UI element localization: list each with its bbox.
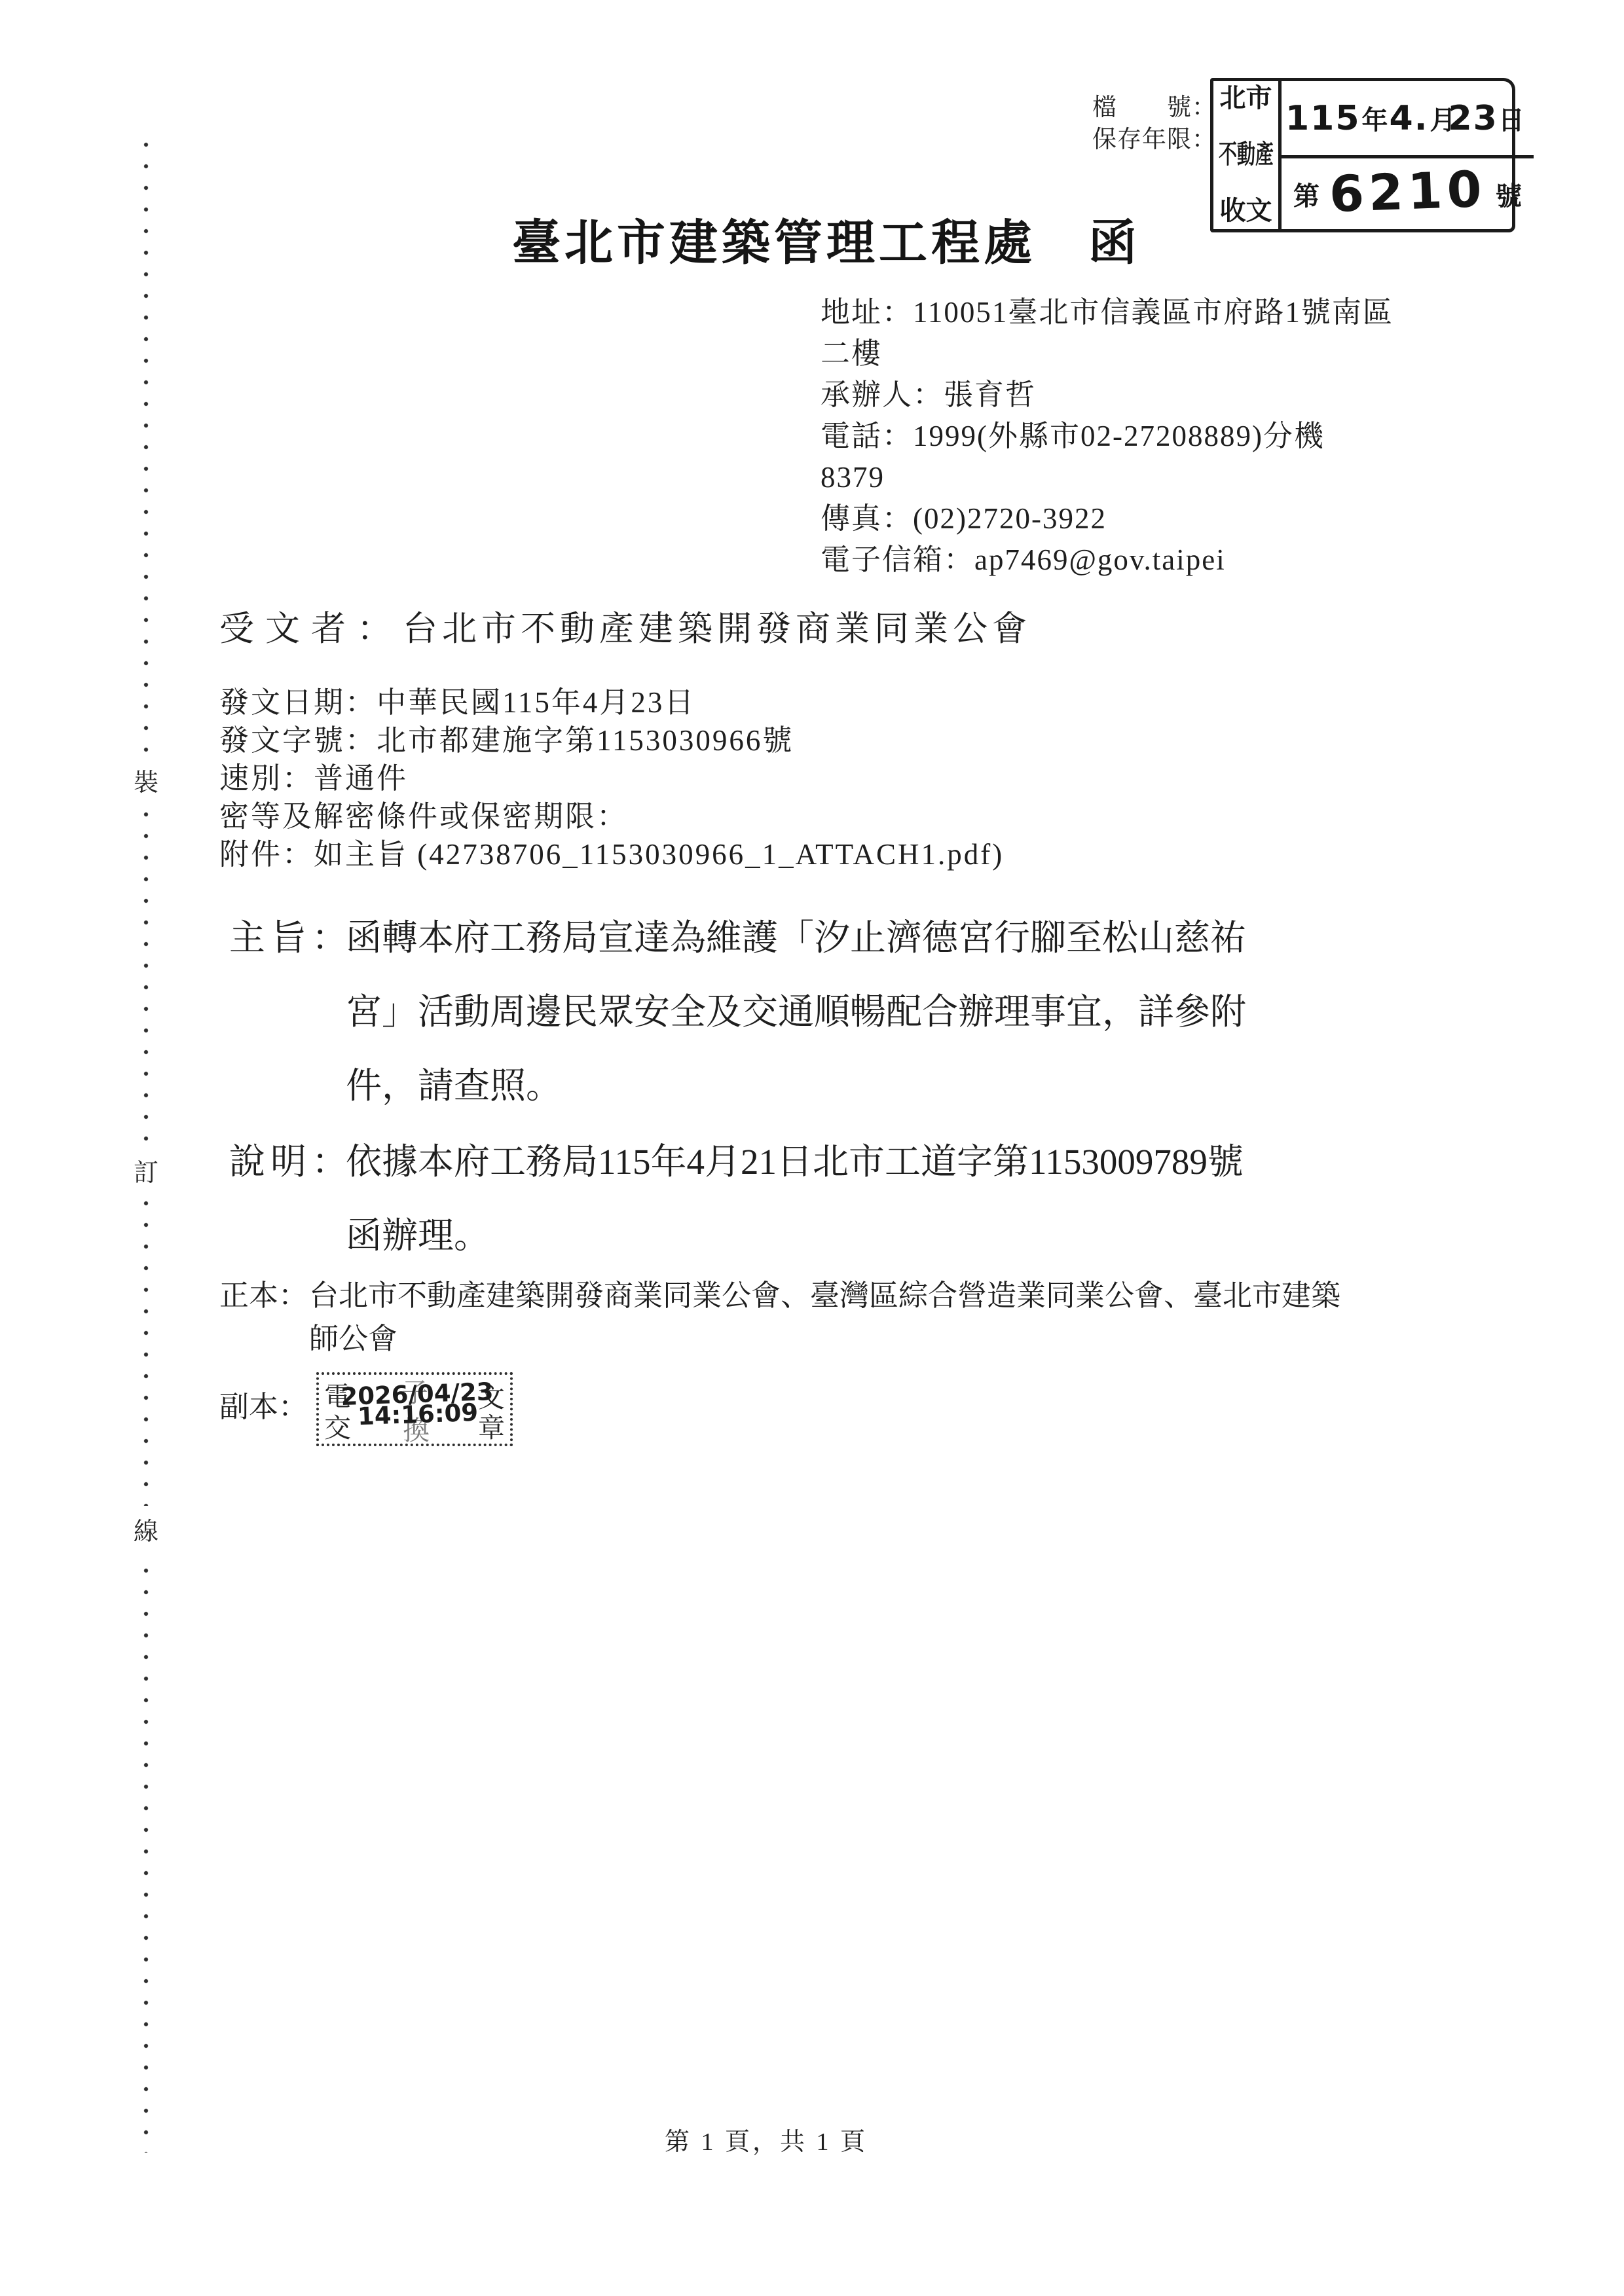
sender-info: 地址：110051臺北市信義區市府路1號南區 二樓 承辦人：張育哲 電話：199… bbox=[821, 292, 1393, 581]
explanation-line-1: 依據本府工務局115年4月21日北市工道字第1153009789號 bbox=[346, 1125, 1244, 1199]
sender-contact-person: 承辦人：張育哲 bbox=[821, 374, 1393, 416]
binding-mark-xian: 線 bbox=[129, 1506, 163, 1552]
receipt-date-year-label: 年 bbox=[1362, 100, 1388, 137]
page-number-indicator: 第 1 頁，共 1 頁 bbox=[599, 2121, 933, 2157]
sender-address-line: 地址：110051臺北市信義區市府路1號南區 bbox=[821, 292, 1393, 333]
binding-mark-ding: 訂 bbox=[129, 1147, 163, 1194]
receipt-number-suffix: 號 bbox=[1496, 175, 1522, 213]
receipt-date-day-label: 日 bbox=[1498, 100, 1524, 137]
issue-date-line: 發文日期：中華民國115年4月23日 bbox=[219, 683, 1004, 721]
receipt-stamp-org-line2: 不動產 bbox=[1219, 140, 1274, 169]
cc-copy-row: 副本： bbox=[219, 1383, 308, 1425]
sender-phone-ext: 8379 bbox=[821, 457, 1393, 498]
retention-period-label: 保存年限： bbox=[1092, 124, 1217, 156]
original-copy-line-1: 台北市不動產建築開發商業同業公會、臺灣區綜合營造業同業公會、臺北市建築 bbox=[309, 1274, 1340, 1317]
receipt-stamp-org-line3: 收文 bbox=[1220, 196, 1272, 225]
receipt-stamp-number-row: 第 6210 號 bbox=[1282, 158, 1534, 229]
sender-fax: 傳真：(02)2720-3922 bbox=[821, 498, 1393, 539]
document-meta: 發文日期：中華民國115年4月23日 發文字號：北市都建施字第115303096… bbox=[219, 683, 1004, 873]
explanation-line-2: 函辦理。 bbox=[346, 1199, 1244, 1273]
classification-line: 密等及解密條件或保密期限： bbox=[219, 797, 1004, 835]
subject-block: 主旨： 函轉本府工務局宣達為維護「汐止濟德宮行腳至松山慈祐 宮」活動周邊民眾安全… bbox=[229, 901, 1246, 1123]
original-copy-line-2: 師公會 bbox=[309, 1317, 1340, 1360]
recipient-label: 受文者： bbox=[219, 610, 403, 648]
receipt-stamp-org: 北市 不動產 收文 bbox=[1213, 81, 1282, 229]
subject-line-1: 函轉本府工務局宣達為維護「汐止濟德宮行腳至松山慈祐 bbox=[346, 901, 1246, 975]
page-title: 臺北市建築管理工程處 函 bbox=[512, 204, 1141, 274]
priority-line: 速別：普通件 bbox=[219, 759, 1004, 797]
sender-email: 電子信箱：ap7469@gov.taipei bbox=[821, 539, 1393, 581]
recipient-value: 台北市不動產建築開發商業同業公會 bbox=[403, 610, 1031, 648]
explanation-label: 說明： bbox=[229, 1125, 346, 1273]
exchange-stamp-datetime: 2026/04/23 14:16:09 bbox=[341, 1381, 494, 1427]
cc-copy-label: 副本： bbox=[219, 1391, 308, 1423]
archive-labels: 檔 號： 保存年限： bbox=[1092, 92, 1217, 156]
sender-address-line2: 二樓 bbox=[821, 333, 1393, 374]
binding-mark-zhuang: 裝 bbox=[129, 757, 163, 803]
receipt-date-year: 115 bbox=[1285, 99, 1361, 138]
recipient-line: 受文者：台北市不動產建築開發商業同業公會 bbox=[219, 601, 1031, 651]
archive-number-label: 檔 號： bbox=[1092, 92, 1217, 124]
receipt-date-month: 4. bbox=[1390, 99, 1429, 138]
explanation-block: 說明： 依據本府工務局115年4月21日北市工道字第1153009789號 函辦… bbox=[229, 1125, 1244, 1273]
attachment-line: 附件：如主旨 (42738706_1153030966_1_ATTACH1.pd… bbox=[219, 835, 1004, 873]
subject-line-3: 件，請查照。 bbox=[346, 1049, 1246, 1123]
copies-block: 正本： 台北市不動產建築開發商業同業公會、臺灣區綜合營造業同業公會、臺北市建築 … bbox=[219, 1274, 1340, 1360]
electronic-exchange-stamp: 電 子 文 交 換 章 2026/04/23 14:16:09 bbox=[316, 1372, 513, 1446]
original-copy-label: 正本： bbox=[219, 1274, 309, 1360]
document-number-line: 發文字號：北市都建施字第1153030966號 bbox=[219, 721, 1004, 759]
sender-phone-line: 電話：1999(外縣市02-27208889)分機 bbox=[821, 416, 1393, 457]
receipt-stamp-date: 115 年 4. 月 23 日 bbox=[1282, 81, 1534, 158]
subject-label: 主旨： bbox=[229, 901, 346, 1123]
receipt-number-handwritten: 6210 bbox=[1328, 159, 1486, 223]
receipt-stamp-org-line1: 北市 bbox=[1220, 84, 1272, 113]
scanned-letter-page: 裝 訂 線 檔 號： 保存年限： 北市 不動產 收文 115 年 4. 月 23… bbox=[0, 0, 1624, 2296]
receipt-number-prefix: 第 bbox=[1293, 175, 1319, 213]
receipt-date-day: 23 bbox=[1448, 99, 1498, 138]
exchange-stamp-time: 14:16:09 bbox=[341, 1402, 494, 1427]
subject-line-2: 宮」活動周邊民眾安全及交通順暢配合辦理事宜，詳參附 bbox=[346, 975, 1246, 1049]
receipt-stamp: 北市 不動產 收文 115 年 4. 月 23 日 第 6210 號 bbox=[1210, 78, 1515, 232]
